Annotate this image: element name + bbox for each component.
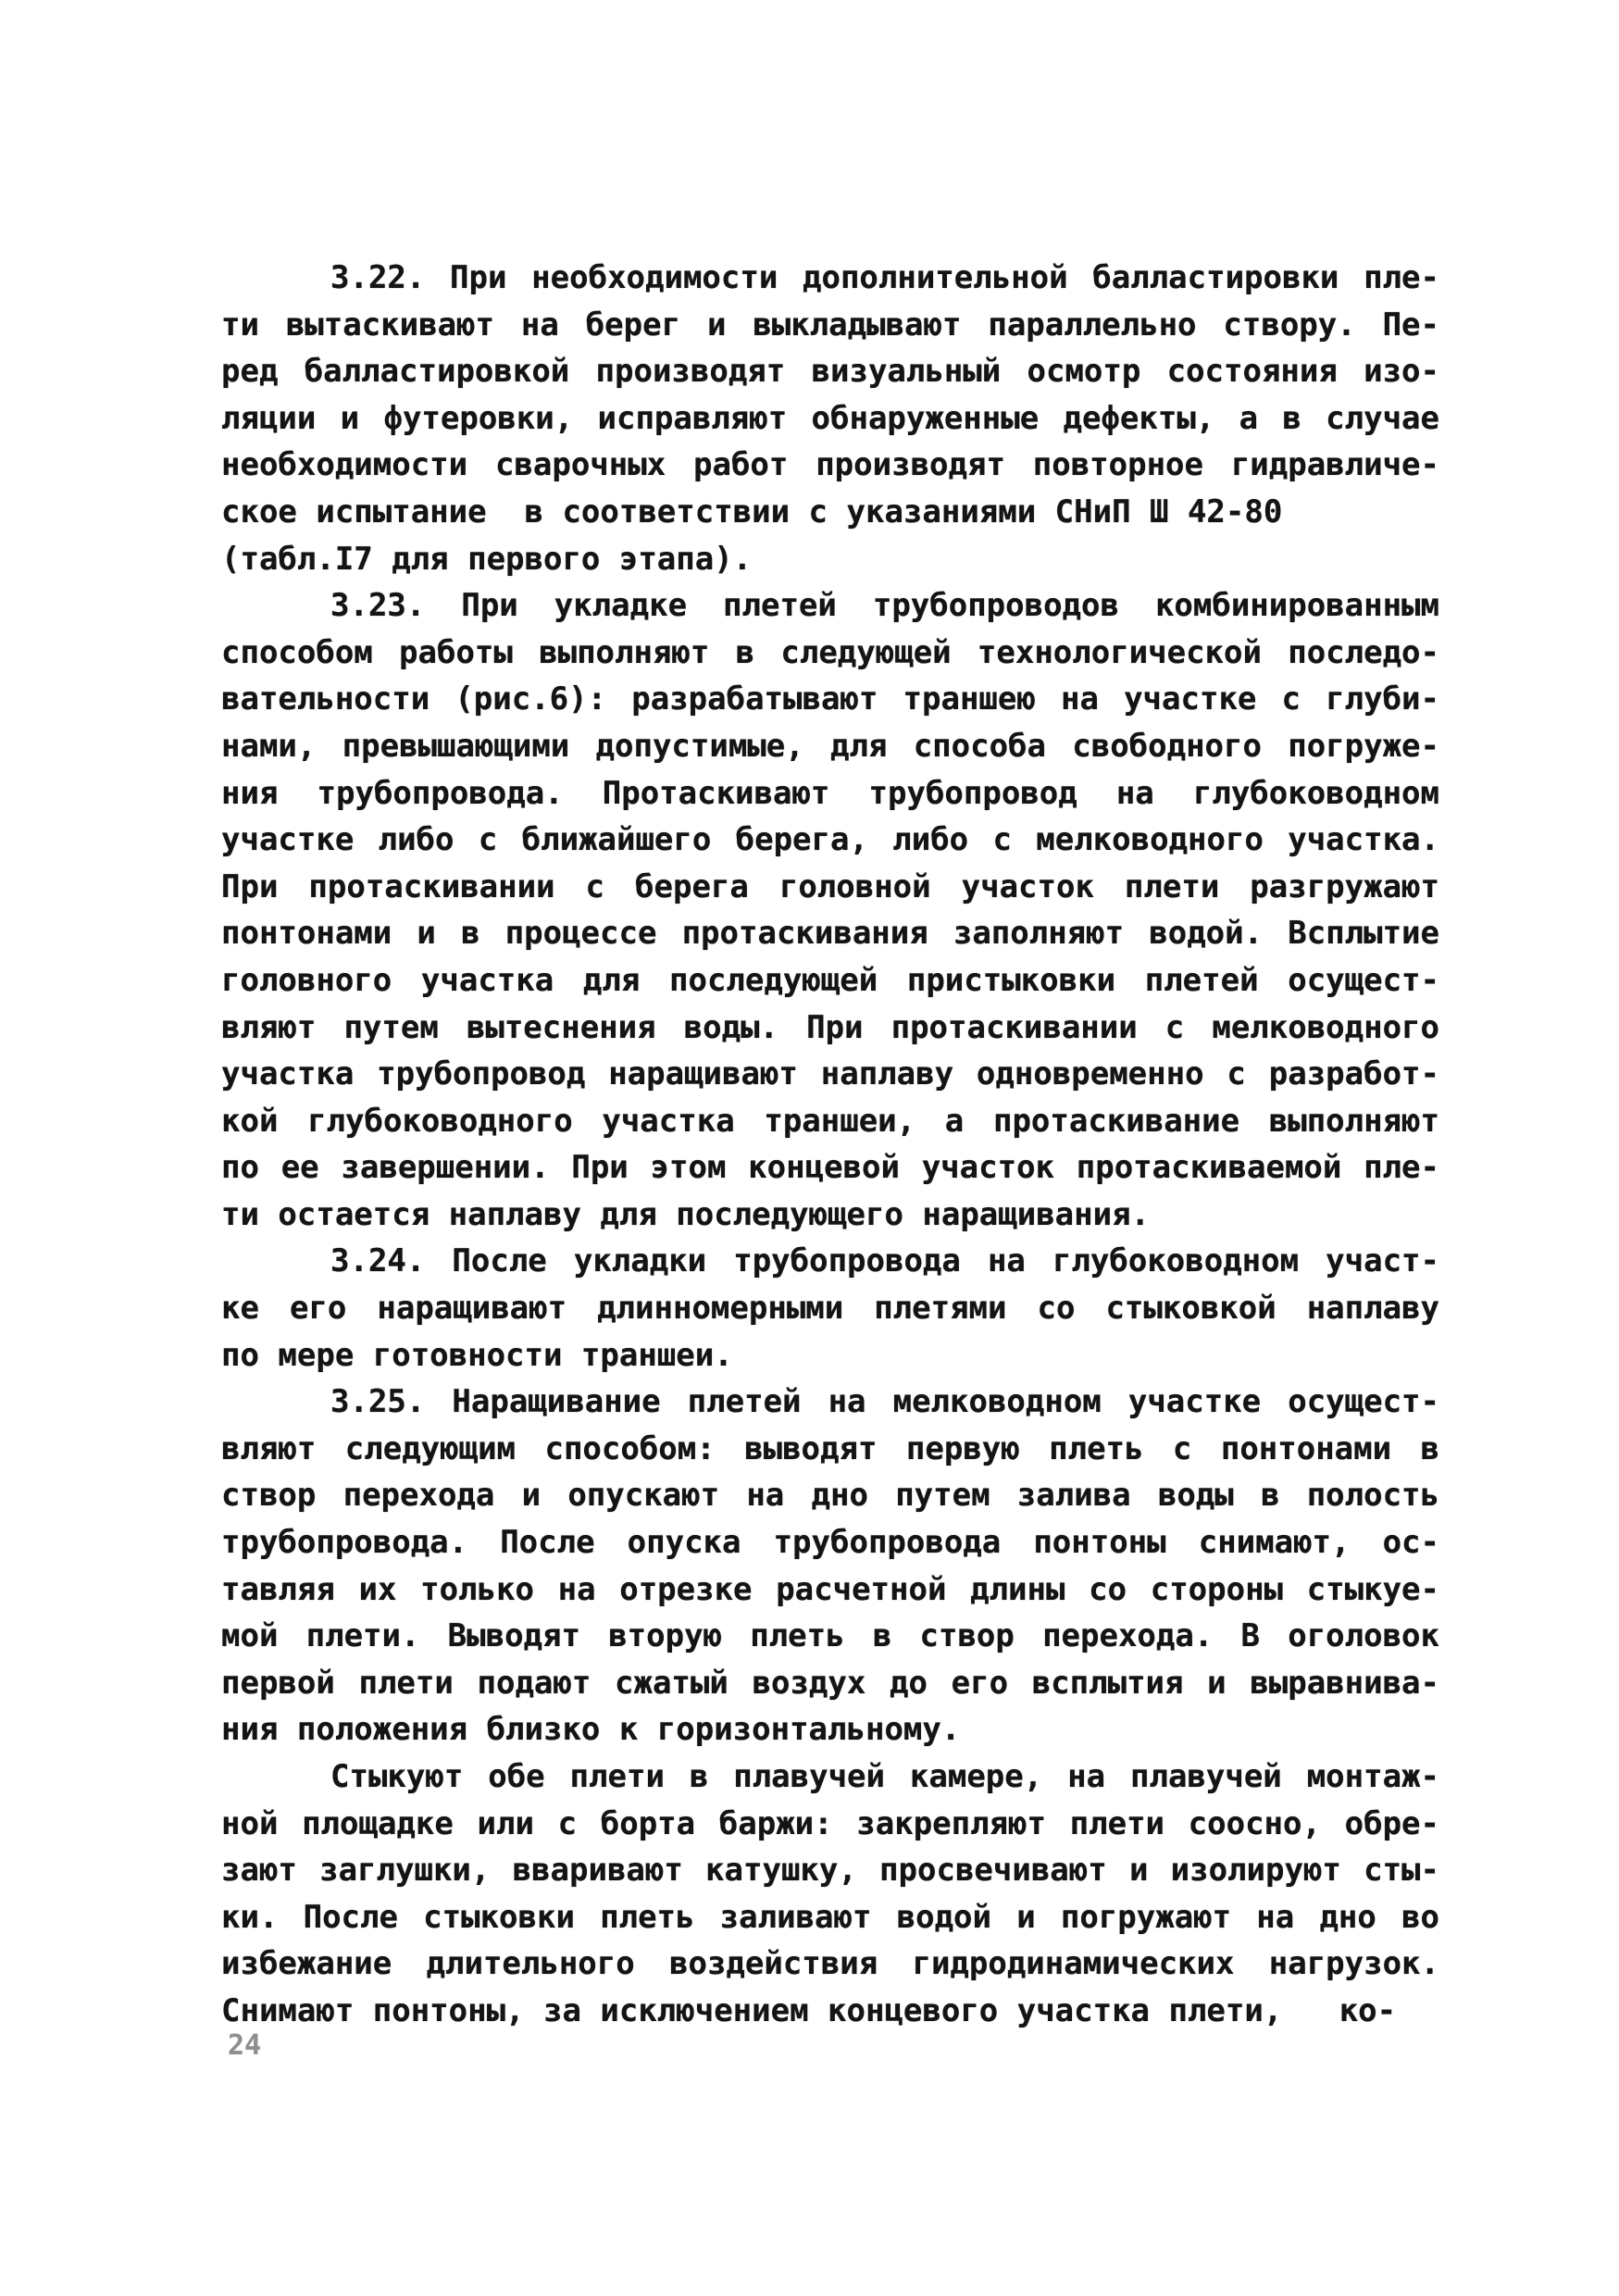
text-line: способом работы выполняют в следующей те… [221,630,1439,677]
text-line: первой плети подают сжатый воздух до его… [221,1660,1439,1707]
text-line: ти вытаскивают на берег и выкладывают па… [221,302,1439,349]
text-line: (табл.I7 для первого этапа). [221,536,1439,583]
text-line: мой плети. Выводят вторую плеть в створ … [221,1613,1439,1660]
text-line: избежание длительного воздействия гидрод… [221,1940,1439,1988]
text-line: головного участка для последующей присты… [221,957,1439,1004]
text-line: ной площадке или с борта баржи: закрепля… [221,1801,1439,1848]
document-page: 3.22. При необходимости дополнительной б… [0,0,1619,2296]
text-line: понтонами и в процессе протаскивания зап… [221,910,1439,957]
text-line: 3.24. После укладки трубопровода на глуб… [221,1238,1439,1285]
text-line: Снимают понтоны, за исключением концевог… [221,1988,1439,2035]
text-line: 3.23. При укладке плетей трубопроводов к… [221,582,1439,630]
text-line: тавляя их только на отрезке расчетной дл… [221,1566,1439,1614]
text-line: 3.22. При необходимости дополнительной б… [221,255,1439,302]
text-line: вляют следующим способом: выводят первую… [221,1426,1439,1473]
text-line: ки. После стыковки плеть заливают водой … [221,1894,1439,1941]
text-line: ред балластировкой производят визуальный… [221,348,1439,395]
text-line: ния трубопровода. Протаскивают трубопров… [221,770,1439,817]
page-number: 24 [228,2029,261,2063]
text-line: необходимости сварочных работ производят… [221,442,1439,489]
text-line: ское испытание в соответствии с указания… [221,489,1439,536]
text-line: кой глубоководного участка траншеи, а пр… [221,1098,1439,1145]
text-line: Стыкуют обе плети в плавучей камере, на … [221,1753,1439,1801]
text-line: ния положения близко к горизонтальному. [221,1706,1439,1753]
text-line: по мере готовности траншеи. [221,1332,1439,1379]
text-line: по ее завершении. При этом концевой учас… [221,1144,1439,1192]
text-line: нами, превышающими допустимые, для спосо… [221,723,1439,770]
document-text: 3.22. При необходимости дополнительной б… [221,255,1439,2035]
text-line: При протаскивании с берега головной учас… [221,864,1439,911]
text-line: зают заглушки, вваривают катушку, просве… [221,1847,1439,1894]
text-line: ке его наращивают длинномерными плетями … [221,1285,1439,1332]
text-line: 3.25. Наращивание плетей на мелководном … [221,1379,1439,1426]
text-line: участка трубопровод наращивают наплаву о… [221,1051,1439,1098]
text-line: ляции и футеровки, исправляют обнаруженн… [221,395,1439,443]
text-line: вляют путем вытеснения воды. При протаск… [221,1004,1439,1052]
text-line: створ перехода и опускают на дно путем з… [221,1472,1439,1519]
text-line: участке либо с ближайшего берега, либо с… [221,817,1439,864]
text-line: вательности (рис.6): разрабатывают транш… [221,676,1439,723]
text-line: трубопровода. После опуска трубопровода … [221,1519,1439,1566]
text-line: ти остается наплаву для последующего нар… [221,1192,1439,1239]
